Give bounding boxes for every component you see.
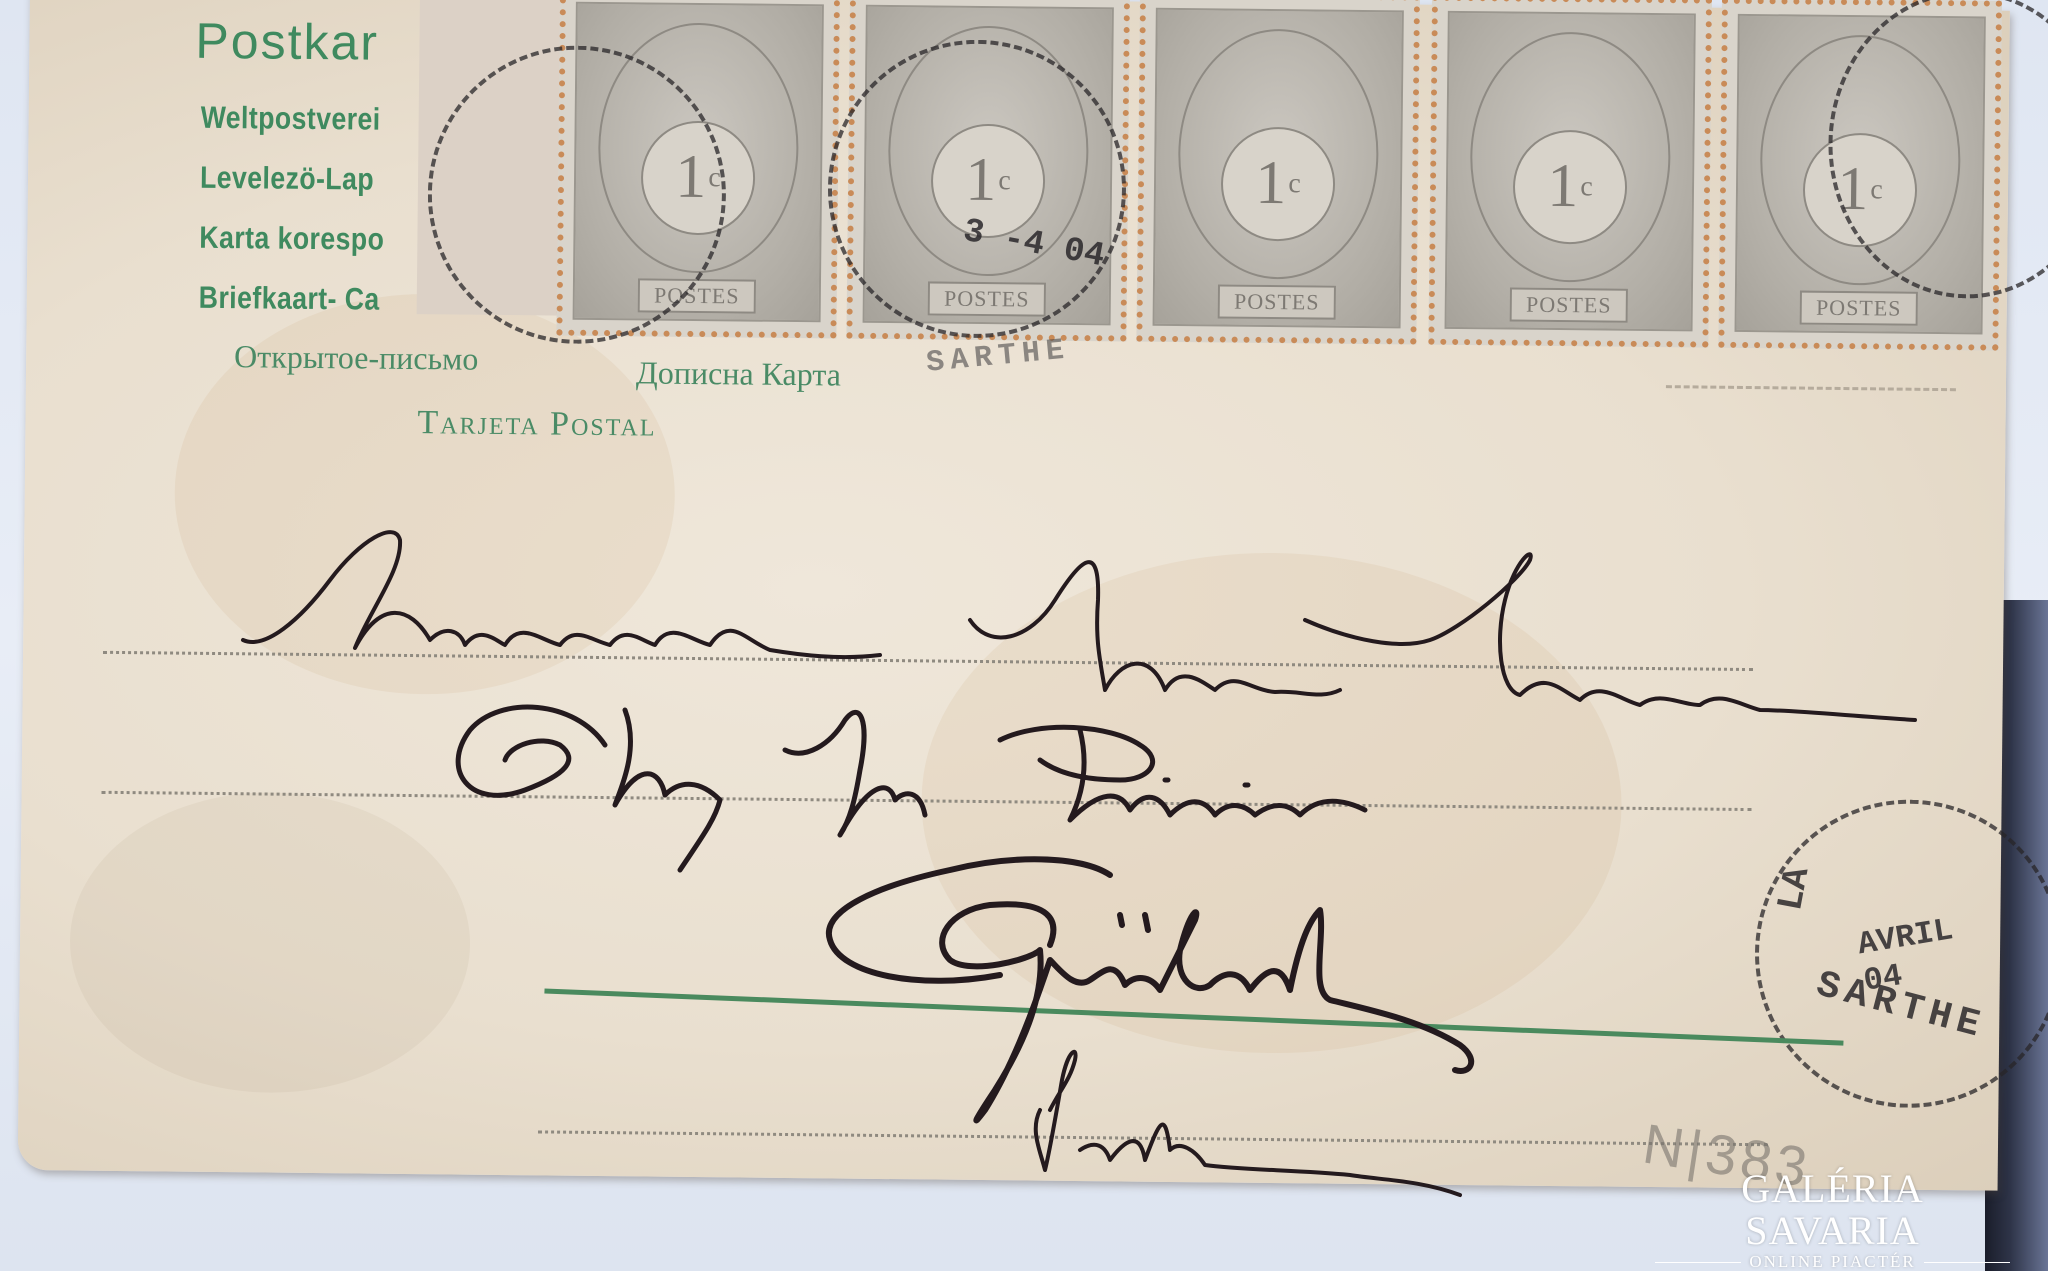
watermark-logo: GALÉRIA SAVARIA ONLINE PIACTÉR bbox=[1655, 1168, 2010, 1271]
handwritten-address bbox=[0, 0, 2048, 1271]
watermark-subtitle: ONLINE PIACTÉR bbox=[1749, 1252, 1915, 1271]
watermark-title: GALÉRIA SAVARIA bbox=[1655, 1168, 2010, 1252]
